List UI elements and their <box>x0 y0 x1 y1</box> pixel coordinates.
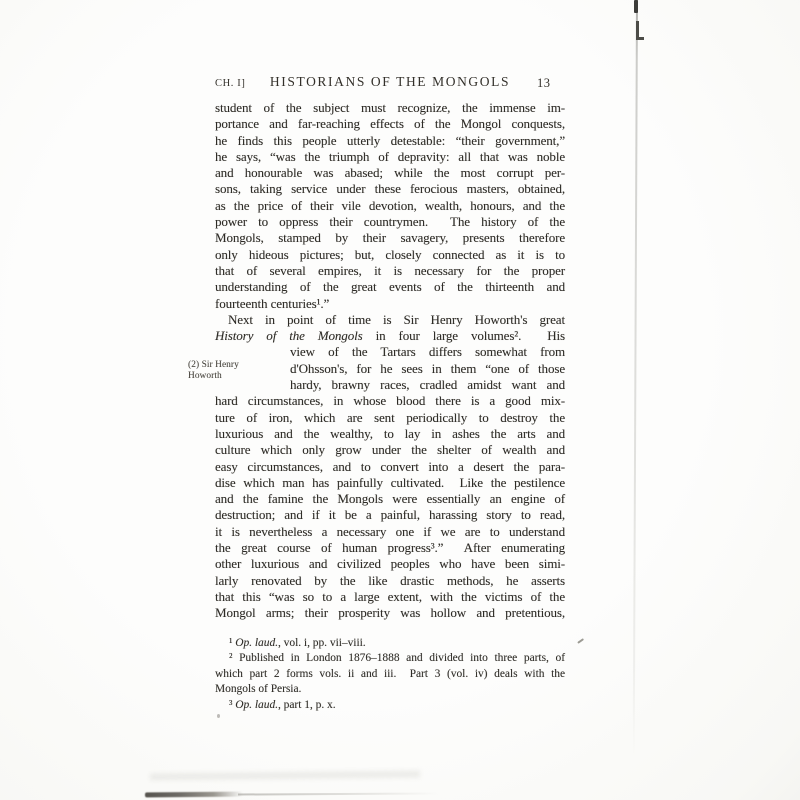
text-line: and honourable was abased; while the mos… <box>215 165 565 181</box>
text-line: other luxurious and civilized peoples wh… <box>215 556 565 572</box>
text-line: luxurious and the wealthy, to lay in ash… <box>215 426 565 442</box>
text-line: easy circumstances, and to convert into … <box>215 459 565 475</box>
text-line: he finds this people utterly detestable:… <box>215 133 565 149</box>
text-line: dise which man has painfully cultivated.… <box>215 475 565 491</box>
text-line: power to oppress their countrymen. The h… <box>215 214 565 230</box>
scan-speck-right-margin <box>577 638 584 643</box>
text-line: ² Published in London 1876–1888 and divi… <box>215 651 565 666</box>
text-line: Mongols, stamped by their savagery, pres… <box>215 230 565 246</box>
text-line: History of the Mongols in four large vol… <box>215 328 565 344</box>
text-line: larly renovated by the like drastic meth… <box>215 573 565 589</box>
text-line: view of the Tartars differs somewhat fro… <box>215 344 565 360</box>
scan-smudge-line <box>238 792 438 795</box>
scan-mark-top-right <box>634 0 638 13</box>
text-line: Mongols of Persia. <box>215 682 565 697</box>
text-line: he says, “was the triumph of depravity: … <box>215 149 565 165</box>
text-line: the great course of human progress³.” Af… <box>215 540 565 556</box>
chapter-label: CH. I] <box>215 78 245 89</box>
text-line: and the famine the Mongols were essentia… <box>215 491 565 507</box>
text-line: as the price of their vile devotion, wea… <box>215 198 565 214</box>
text-line: portance and far-reaching effects of the… <box>215 116 565 132</box>
text-line: that of several empires, it is necessary… <box>215 263 565 279</box>
text-line: fourteenth centuries¹.” <box>215 296 565 312</box>
scan-bracket-mark-foot <box>636 37 644 40</box>
text-line: understanding of the great events of the… <box>215 279 565 295</box>
text-line: only hideous pictures; but, closely conn… <box>215 247 565 263</box>
book-page-scan: CH. I] HISTORIANS OF THE MONGOLS 13 stud… <box>0 0 800 800</box>
scan-smudge-bottom-left <box>145 792 243 798</box>
margin-note: (2) Sir Henry Howorth <box>188 360 280 382</box>
text-line: hard circumstances, in whose blood there… <box>215 393 565 409</box>
text-line: that this “was so to a large extent, wit… <box>215 589 565 605</box>
text-line: Mongol arms; their prosperity was hollow… <box>215 605 565 621</box>
text-line: student of the subject must recognize, t… <box>215 100 565 116</box>
text-line: it is nevertheless a necessary one if we… <box>215 524 565 540</box>
text-line: ³ Op. laud., part 1, p. x. <box>215 698 565 713</box>
scan-smudge-soft <box>150 771 420 781</box>
page-fold-line <box>633 0 638 758</box>
text-line: destruction; and if it be a painful, har… <box>215 507 565 523</box>
text-line: which part 2 forms vols. ii and iii. Par… <box>215 667 565 682</box>
text-line: sons, taking service under these ferocio… <box>215 181 565 197</box>
page-number: 13 <box>537 76 551 91</box>
margin-note-line-1: (2) Sir Henry <box>188 360 280 371</box>
text-line: ture of iron, which are sent periodicall… <box>215 410 565 426</box>
margin-note-line-2: Howorth <box>188 371 280 382</box>
text-line: ¹ Op. laud., vol. i, pp. vii–viii. <box>215 636 565 651</box>
page-title: HISTORIANS OF THE MONGOLS <box>270 74 510 90</box>
text-line: culture which only grow under the shelte… <box>215 442 565 458</box>
page-header: CH. I] HISTORIANS OF THE MONGOLS 13 <box>215 74 565 94</box>
text-line: Next in point of time is Sir Henry Howor… <box>215 312 565 328</box>
scan-speck-footnote <box>217 714 220 718</box>
paragraph-1: student of the subject must recognize, t… <box>215 100 565 312</box>
paragraph-2: Next in point of time is Sir Henry Howor… <box>215 312 565 622</box>
footnotes: ¹ Op. laud., vol. i, pp. vii–viii.² Publ… <box>215 636 565 713</box>
